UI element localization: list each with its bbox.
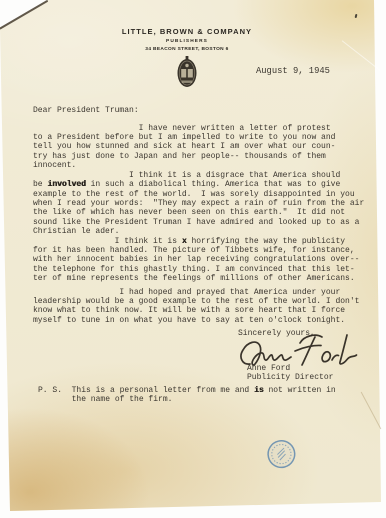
letter-line: I think it is x horrifying the way the p… (33, 237, 359, 246)
body-paragraph-1: I have never written a letter of protest… (33, 124, 335, 171)
letter-line: sound like the President Truman I have a… (33, 218, 364, 227)
letter-line: I had hoped and prayed that America unde… (33, 288, 359, 297)
body-paragraph-2: I think it is a disgrace that America sh… (33, 171, 364, 236)
letter-line: innocent. (33, 161, 335, 170)
address-line: 34 BEACON STREET, BOSTON 6 (102, 47, 272, 52)
body-paragraph-4: I had hoped and prayed that America unde… (33, 288, 359, 325)
letter-date: August 9, 1945 (256, 67, 330, 76)
letter-line: when I read your words: "They may expect… (33, 199, 364, 208)
letter-line: P. S. This is a personal letter from me … (38, 386, 336, 395)
letter-line: to a President before but I am impelled … (33, 133, 335, 142)
typed-sender-title: Publicity Director (247, 373, 333, 382)
letter-line: I have never written a letter of protest (33, 124, 335, 133)
salutation: Dear President Truman: (33, 106, 139, 115)
letter-line: myself to tune in on what you have to sa… (33, 316, 359, 325)
publishers-line: PUBLISHERS (102, 39, 272, 44)
letterhead: LITTLE, BROWN & COMPANY PUBLISHERS 34 BE… (102, 27, 272, 94)
letter-line: leadership would be a good example to th… (33, 297, 359, 306)
publisher-colophon-icon (102, 55, 272, 94)
letter-line: know what to think now. It will be with … (33, 306, 359, 315)
letter-line: the telephone for this ghastly thing. I … (33, 265, 359, 274)
postscript: P. S. This is a personal letter from me … (38, 386, 336, 405)
letter-line: tell you how stunned and sick at heart I… (33, 142, 335, 151)
letter-line: example to the rest of the world. I was … (33, 190, 364, 199)
typed-sender-name: Anne Ford (247, 364, 290, 373)
letter-line: for it has been handled. The picture of … (33, 246, 359, 255)
body-paragraph-3: I think it is x horrifying the way the p… (33, 237, 359, 284)
letter-line: Christian le ader. (33, 227, 364, 236)
letter-line: with her innocent babies in her lap rece… (33, 255, 359, 264)
letter-line: ter of mine represents the feelings of m… (33, 274, 359, 283)
company-name: LITTLE, BROWN & COMPANY (102, 27, 272, 36)
letter-line: be involved in such a diabolical thing. … (33, 180, 364, 189)
letter-line: the name of the firm. (38, 395, 336, 404)
scanned-letter-page: LITTLE, BROWN & COMPANY PUBLISHERS 34 BE… (0, 0, 386, 518)
letter-line: the like of which has never been seen on… (33, 208, 364, 217)
letter-line: I think it is a disgrace that America sh… (33, 171, 364, 180)
letter-line: try has just done to Japan and her peopl… (33, 152, 335, 161)
